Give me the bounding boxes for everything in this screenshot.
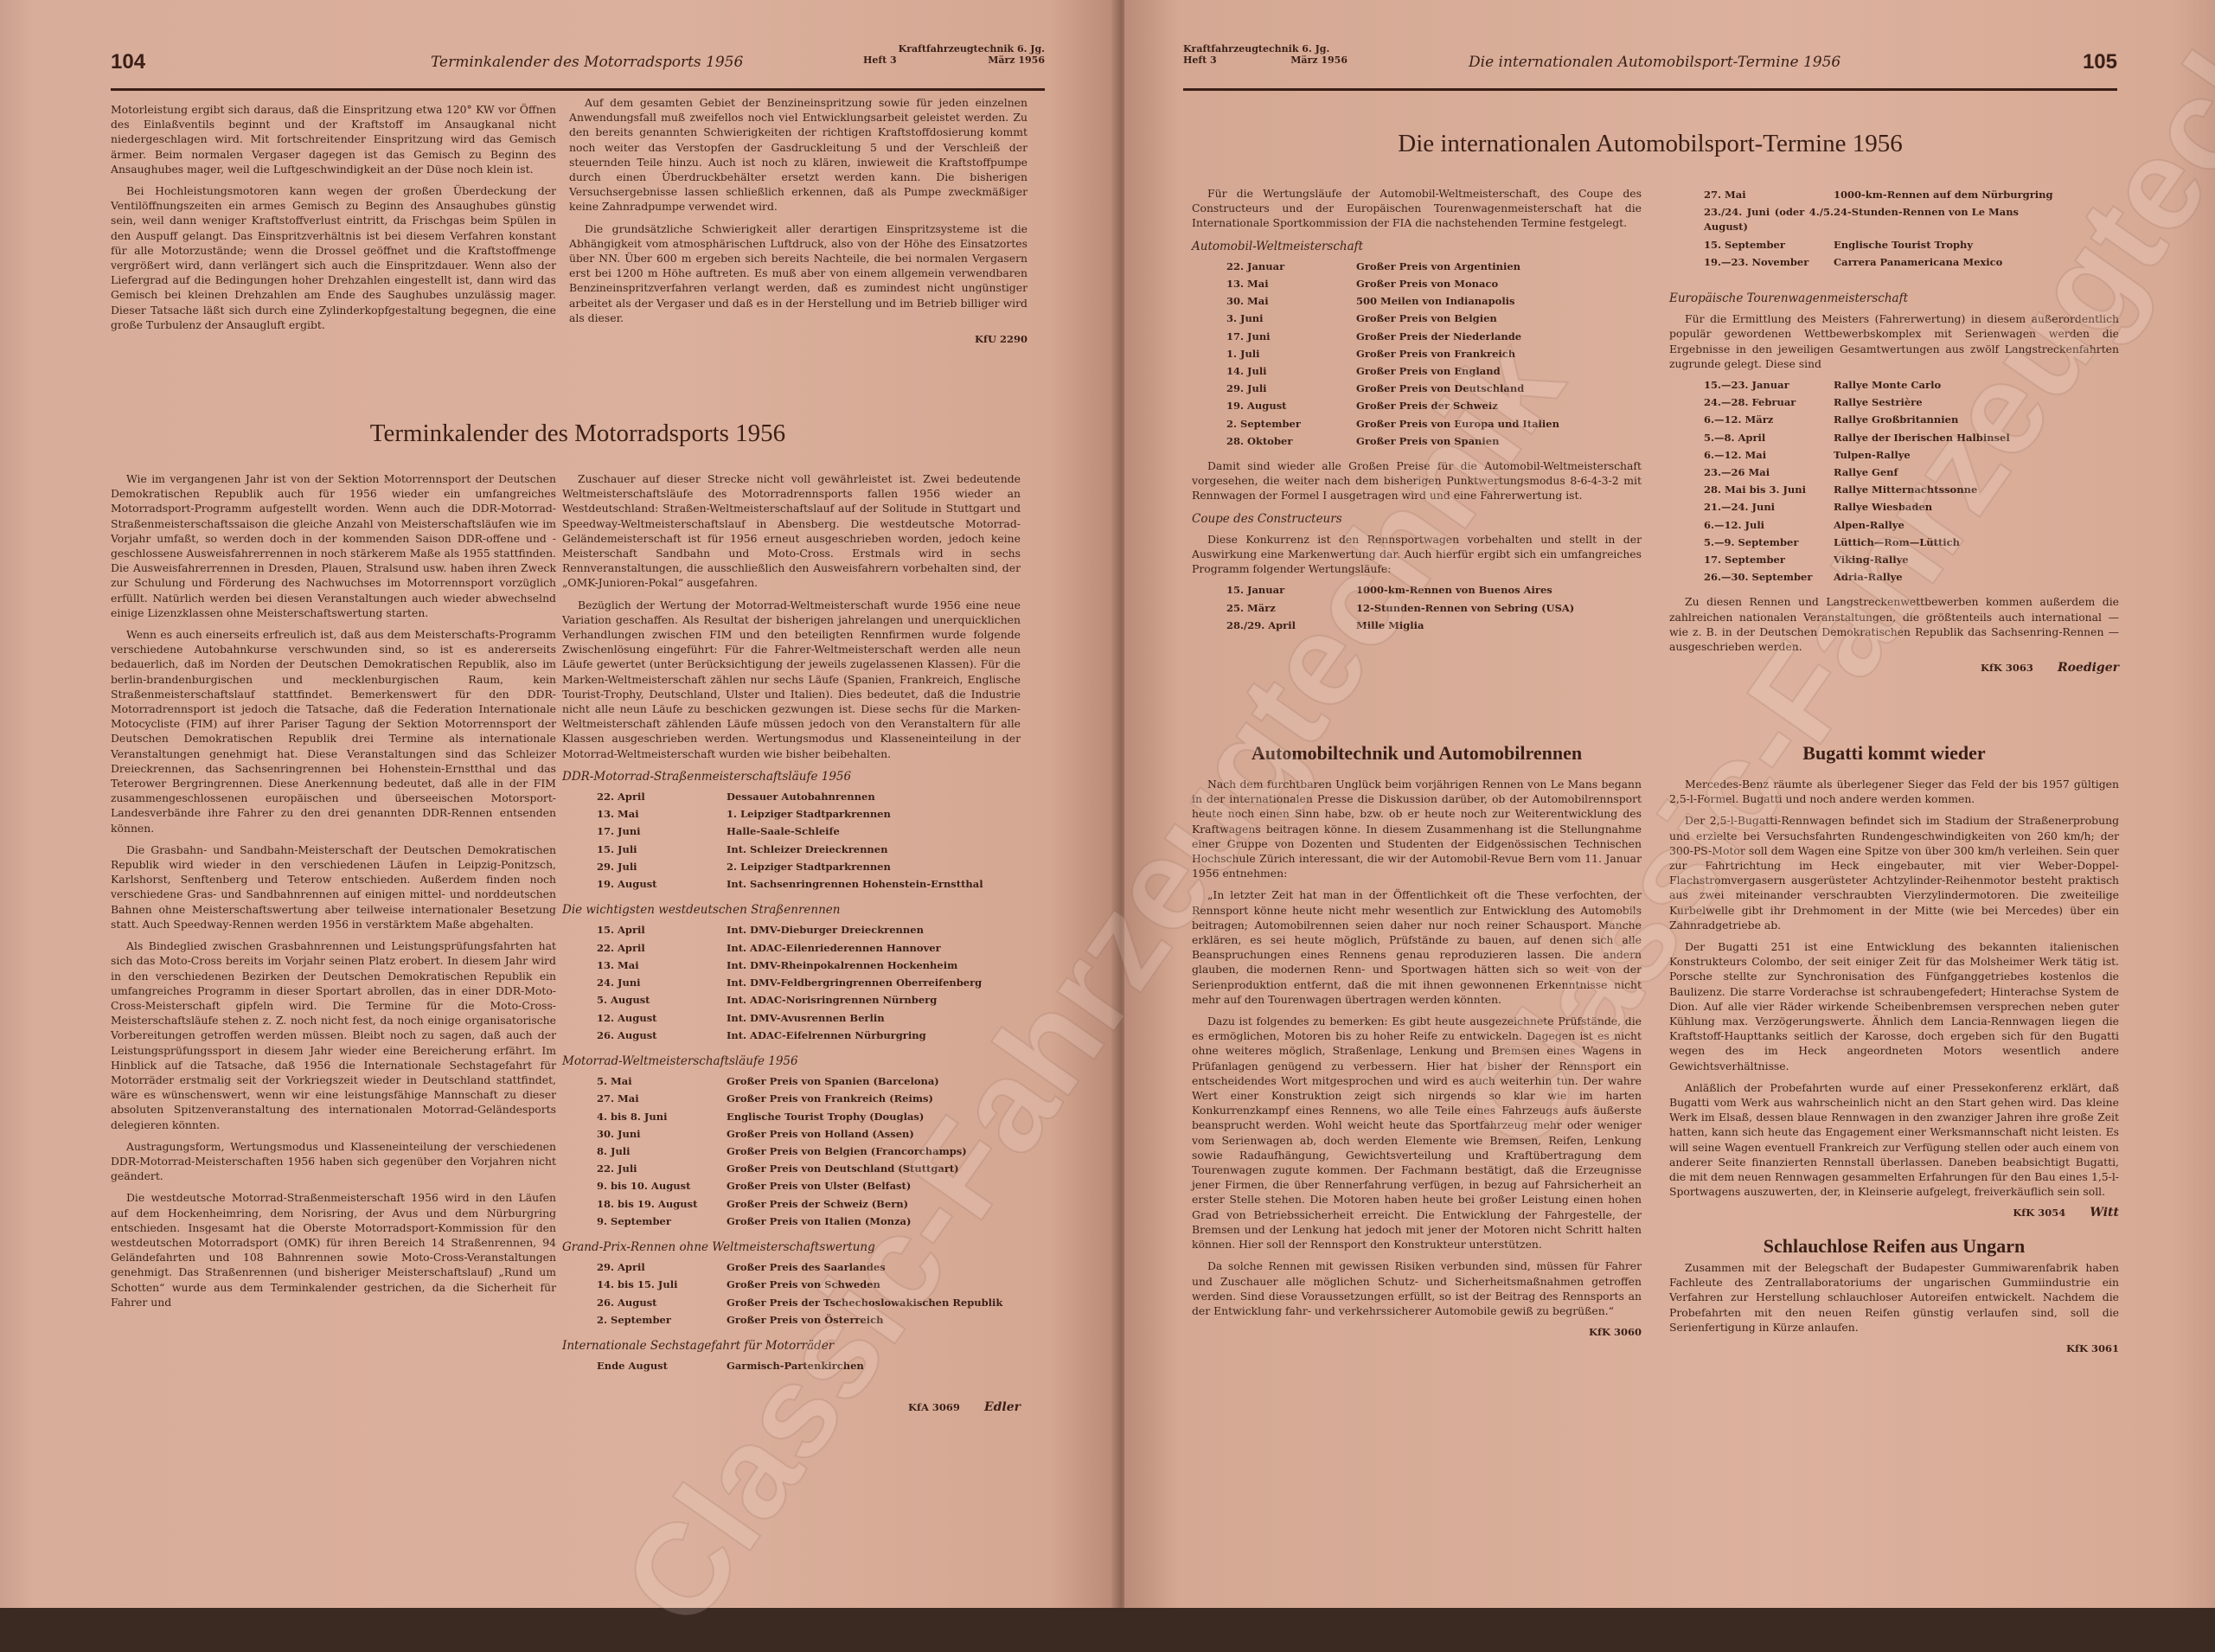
event-date: 15. Juli: [562, 842, 727, 860]
event-name: Int. DMV-Dieburger Dreieckrennen: [727, 923, 982, 940]
paragraph: Dazu ist folgendes zu bemerken: Es gibt …: [1192, 1014, 1642, 1252]
article-ref: KfU 2290: [569, 332, 1027, 347]
event-name: Großer Preis von Frankreich (Reims): [727, 1092, 967, 1109]
schedule-heading: Internationale Sechstagefahrt für Motorr…: [562, 1339, 1021, 1354]
journal-name: Kraftfahrzeugtechnik 6. Jg.: [1183, 43, 1348, 54]
issue-date: März 1956: [988, 54, 1045, 66]
article-title: Schlauchlose Reifen aus Ungarn: [1669, 1239, 2119, 1253]
event-name: Großer Preis von Italien (Monza): [727, 1214, 967, 1232]
schedule-row: 5.—8. AprilRallye der Iberischen Halbins…: [1669, 431, 2010, 448]
article-title: Die internationalen Automobilsport-Termi…: [1183, 130, 2117, 158]
event-date: 24.—28. Februar: [1669, 395, 1834, 413]
event-date: 30. Mai: [1192, 294, 1356, 311]
event-date: 18. bis 19. August: [562, 1197, 727, 1214]
event-name: Großer Preis von Deutschland: [1356, 381, 1559, 399]
event-date: 28. Oktober: [1192, 434, 1356, 451]
issue-date: März 1956: [1290, 54, 1348, 66]
event-date: 28./29. April: [1192, 618, 1356, 636]
event-date: 25. März: [1192, 601, 1356, 618]
event-date: 9. September: [562, 1214, 727, 1232]
article3-body: Mercedes-Benz räumte als überlegener Sie…: [1669, 777, 2119, 1356]
event-date: 15.—23. Januar: [1669, 378, 1834, 395]
event-name: 12-Stunden-Rennen von Sebring (USA): [1356, 601, 1574, 618]
paragraph: Nach dem furchtbaren Unglück beim vorjäh…: [1192, 777, 1642, 880]
schedule-row: 5.—9. SeptemberLüttich—Rom—Lüttich: [1669, 535, 2010, 553]
schedule-heading: Grand-Prix-Rennen ohne Weltmeisterschaft…: [562, 1240, 1021, 1255]
article-ref: KfK 3061: [1669, 1341, 2119, 1356]
paragraph: Anläßlich der Probefahrten wurde auf ein…: [1669, 1080, 2119, 1200]
event-date: 17. Juni: [1192, 330, 1356, 347]
auto-col1: Für die Wertungsläufe der Automobil-Welt…: [1192, 186, 1642, 643]
schedule-row: 13. Mai1. Leipziger Stadtparkrennen: [562, 807, 983, 824]
event-name: Großer Preis von Ulster (Belfast): [727, 1179, 967, 1196]
event-name: Dessauer Autobahnrennen: [727, 790, 983, 807]
event-date: 23./24. Juni (oder 4./5. August): [1669, 205, 1834, 237]
event-date: 13. Mai: [562, 807, 727, 824]
signature: KfK 3054Witt: [1669, 1206, 2119, 1220]
event-name: Halle-Saale-Schleife: [727, 824, 983, 842]
event-name: Rallye der Iberischen Halbinsel: [1834, 431, 2010, 448]
issue: Heft 3: [1183, 54, 1217, 66]
schedule-row: 17. SeptemberViking-Rallye: [1669, 553, 2010, 570]
article-ref: KfK 3054: [2013, 1207, 2065, 1219]
author: Edler: [984, 1400, 1021, 1414]
event-date: 1. Juli: [1192, 347, 1356, 364]
event-date: 15. April: [562, 923, 727, 940]
event-date: 19. August: [1192, 399, 1356, 416]
event-name: Englische Tourist Trophy: [1834, 238, 2053, 255]
event-date: 23.—26 Mai: [1669, 465, 1834, 483]
event-name: Rallye Monte Carlo: [1834, 378, 2010, 395]
event-name: Carrera Panamericana Mexico: [1834, 255, 2053, 272]
event-name: Rallye Wiesbaden: [1834, 500, 2010, 517]
event-date: Ende August: [562, 1359, 727, 1376]
schedule-row: 15. JuliInt. Schleizer Dreieckrennen: [562, 842, 983, 860]
event-date: 4. bis 8. Juni: [562, 1110, 727, 1127]
event-date: 8. Juli: [562, 1144, 727, 1162]
event-date: 22. Juli: [562, 1162, 727, 1179]
event-name: Großer Preis von Spanien: [1356, 434, 1559, 451]
schedule-row: 24.—28. FebruarRallye Sestrière: [1669, 395, 2010, 413]
event-name: Adria-Rallye: [1834, 570, 2010, 587]
touring-car-schedule: 15.—23. JanuarRallye Monte Carlo24.—28. …: [1669, 378, 2010, 587]
event-name: Großer Preis der Schweiz: [1356, 399, 1559, 416]
coupe-schedule-part2: 27. Mai1000-km-Rennen auf dem Nürburgrin…: [1669, 188, 2053, 272]
signature: KfK 3063Roediger: [1669, 661, 2119, 676]
schedule-row: 27. MaiGroßer Preis von Frankreich (Reim…: [562, 1092, 967, 1109]
schedule-heading: Die wichtigsten westdeutschen Straßenren…: [562, 903, 1021, 918]
section-heading: Europäische Tourenwagenmeisterschaft: [1669, 291, 2119, 306]
paragraph: Damit sind wieder alle Großen Preise für…: [1192, 458, 1642, 503]
schedule-row: 1. JuliGroßer Preis von Frankreich: [1192, 347, 1559, 364]
schedule-row: 29. Juli2. Leipziger Stadtparkrennen: [562, 860, 983, 877]
schedule-row: 17. JuniHalle-Saale-Schleife: [562, 824, 983, 842]
running-header-left: 104 Terminkalender des Motorradsports 19…: [111, 45, 1045, 91]
paragraph: Zuschauer auf dieser Strecke nicht voll …: [562, 471, 1021, 591]
publication-info: Kraftfahrzeugtechnik 6. Jg. Heft 3März 1…: [1183, 43, 1348, 66]
prev-article-col2: Auf dem gesamten Gebiet der Benzineinspr…: [569, 95, 1027, 347]
event-name: 1000-km-Rennen von Buenos Aires: [1356, 583, 1574, 600]
running-title: Die internationalen Automobilsport-Termi…: [1469, 54, 1840, 71]
schedule-row: 13. MaiGroßer Preis von Monaco: [1192, 277, 1559, 294]
running-header-right: Kraftfahrzeugtechnik 6. Jg. Heft 3März 1…: [1183, 45, 2117, 91]
event-date: 14. bis 15. Juli: [562, 1277, 727, 1295]
paragraph: Mercedes-Benz räumte als überlegener Sie…: [1669, 777, 2119, 806]
schedule-row: 9. SeptemberGroßer Preis von Italien (Mo…: [562, 1214, 967, 1232]
schedule-table: 15. AprilInt. DMV-Dieburger Dreieckrenne…: [562, 923, 982, 1045]
paragraph: Bezüglich der Wertung der Motorrad-Weltm…: [562, 598, 1021, 761]
article-ref: KfK 3063: [1981, 662, 2033, 674]
schedule-row: 23.—26 MaiRallye Genf: [1669, 465, 2010, 483]
paragraph: Wenn es auch einerseits erfreulich ist, …: [111, 627, 556, 836]
event-date: 27. Mai: [1669, 188, 1834, 205]
schedule-row: 15. Januar1000-km-Rennen von Buenos Aire…: [1192, 583, 1574, 600]
magazine-spread: 104 Terminkalender des Motorradsports 19…: [0, 0, 2215, 1608]
schedule-row: 21.—24. JuniRallye Wiesbaden: [1669, 500, 2010, 517]
event-date: 17. Juni: [562, 824, 727, 842]
author: Witt: [2090, 1206, 2119, 1220]
event-name: Int. DMV-Feldbergringrennen Oberreifenbe…: [727, 976, 982, 993]
schedule-row: 28. Mai bis 3. JuniRallye Mitternachtsso…: [1669, 483, 2010, 500]
paragraph: Die grundsätzliche Schwierigkeit aller d…: [569, 221, 1027, 325]
event-name: Lüttich—Rom—Lüttich: [1834, 535, 2010, 553]
schedule-row: 14. JuliGroßer Preis von England: [1192, 364, 1559, 381]
event-date: 5.—9. September: [1669, 535, 1834, 553]
event-date: 5. August: [562, 993, 727, 1010]
schedule-heading: DDR-Motorrad-Straßenmeisterschaftsläufe …: [562, 770, 1021, 784]
event-date: 24. Juni: [562, 976, 727, 993]
event-name: Int. ADAC-Eifelrennen Nürburgring: [727, 1028, 982, 1046]
paragraph: Die westdeutsche Motorrad-Straßenmeister…: [111, 1190, 556, 1309]
issue-line: Heft 3März 1956: [863, 54, 1045, 66]
schedule-row: 27. Mai1000-km-Rennen auf dem Nürburgrin…: [1669, 188, 2053, 205]
schedule-row: 4. bis 8. JuniEnglische Tourist Trophy (…: [562, 1110, 967, 1127]
article-title: Terminkalender des Motorradsports 1956: [111, 419, 1045, 448]
schedule-row: 30. Mai500 Meilen von Indianapolis: [1192, 294, 1559, 311]
schedule-table: 29. AprilGroßer Preis des Saarlandes14. …: [562, 1260, 1002, 1330]
paragraph: Motorleistung ergibt sich daraus, daß di…: [111, 102, 556, 176]
event-name: Int. DMV-Avusrennen Berlin: [727, 1011, 982, 1028]
article2-body: Nach dem furchtbaren Unglück beim vorjäh…: [1192, 777, 1642, 1340]
schedule-table: 22. AprilDessauer Autobahnrennen13. Mai1…: [562, 790, 983, 894]
paragraph: „In letzter Zeit hat man in der Öffentli…: [1192, 887, 1642, 1007]
event-date: 28. Mai bis 3. Juni: [1669, 483, 1834, 500]
event-name: Großer Preis von Frankreich: [1356, 347, 1559, 364]
schedule-table: 5. MaiGroßer Preis von Spanien (Barcelon…: [562, 1074, 967, 1232]
event-name: Int. ADAC-Eilenriederennen Hannover: [727, 941, 982, 958]
event-date: 27. Mai: [562, 1092, 727, 1109]
event-date: 30. Juni: [562, 1127, 727, 1144]
paragraph: Auf dem gesamten Gebiet der Benzineinspr…: [569, 95, 1027, 215]
section-heading: Coupe des Constructeurs: [1192, 512, 1642, 527]
event-date: 15. September: [1669, 238, 1834, 255]
schedule-row: 19. AugustGroßer Preis der Schweiz: [1192, 399, 1559, 416]
schedule-row: 5. MaiGroßer Preis von Spanien (Barcelon…: [562, 1074, 967, 1092]
page-number: 105: [2083, 50, 2117, 74]
journal-name: Kraftfahrzeugtechnik 6. Jg.: [863, 43, 1045, 54]
event-name: Int. Sachsenringrennen Hohenstein-Ernstt…: [727, 877, 983, 894]
event-date: 9. bis 10. August: [562, 1179, 727, 1196]
coupe-schedule-part1: 15. Januar1000-km-Rennen von Buenos Aire…: [1192, 583, 1574, 636]
event-date: 19.—23. November: [1669, 255, 1834, 272]
paragraph: Bei Hochleistungsmotoren kann wegen der …: [111, 183, 556, 332]
schedule-row: 22. JanuarGroßer Preis von Argentinien: [1192, 259, 1559, 277]
schedule-row: 23./24. Juni (oder 4./5. August)24-Stund…: [1669, 205, 2053, 237]
schedule-row: 19.—23. NovemberCarrera Panamericana Mex…: [1669, 255, 2053, 272]
event-name: Großer Preis der Niederlande: [1356, 330, 1559, 347]
event-date: 2. September: [562, 1313, 727, 1330]
schedule-row: 26. AugustGroßer Preis der Tschechoslowa…: [562, 1296, 1002, 1313]
event-date: 22. Januar: [1192, 259, 1356, 277]
event-name: Großer Preis von Holland (Assen): [727, 1127, 967, 1144]
publication-info: Kraftfahrzeugtechnik 6. Jg. Heft 3März 1…: [863, 43, 1045, 66]
schedule-row: 14. bis 15. JuliGroßer Preis von Schwede…: [562, 1277, 1002, 1295]
schedule-row: 28./29. AprilMille Miglia: [1192, 618, 1574, 636]
schedule-row: 28. OktoberGroßer Preis von Spanien: [1192, 434, 1559, 451]
event-date: 14. Juli: [1192, 364, 1356, 381]
event-name: Großer Preis von England: [1356, 364, 1559, 381]
schedule-row: 30. JuniGroßer Preis von Holland (Assen): [562, 1127, 967, 1144]
event-date: 26. August: [562, 1296, 727, 1313]
event-name: Großer Preis von Europa und Italien: [1356, 417, 1559, 434]
page-number: 104: [111, 50, 145, 74]
schedule-row: 2. SeptemberGroßer Preis von Europa und …: [1192, 417, 1559, 434]
article-title: Automobiltechnik und Automobilrennen: [1192, 742, 1642, 765]
paragraph: Der Bugatti 251 ist eine Entwicklung des…: [1669, 939, 2119, 1073]
paragraph: Austragungsform, Wertungsmodus und Klass…: [111, 1139, 556, 1184]
event-name: Großer Preis von Monaco: [1356, 277, 1559, 294]
schedule-row: 6.—12. MärzRallye Großbritannien: [1669, 413, 2010, 430]
event-name: Großer Preis von Argentinien: [1356, 259, 1559, 277]
schedule-table: Ende AugustGarmisch-Partenkirchen: [562, 1359, 864, 1376]
section-heading: Automobil-Weltmeisterschaft: [1192, 240, 1642, 254]
event-date: 17. September: [1669, 553, 1834, 570]
event-date: 13. Mai: [1192, 277, 1356, 294]
event-date: 12. August: [562, 1011, 727, 1028]
auto-col2: 27. Mai1000-km-Rennen auf dem Nürburgrin…: [1669, 186, 2119, 676]
event-date: 5.—8. April: [1669, 431, 1834, 448]
event-name: 24-Stunden-Rennen von Le Mans: [1834, 205, 2053, 237]
paragraph: Da solche Rennen mit gewissen Risiken ve…: [1192, 1258, 1642, 1318]
event-name: Großer Preis der Schweiz (Bern): [727, 1197, 967, 1214]
event-name: Großer Preis des Saarlandes: [727, 1260, 1002, 1277]
event-date: 13. Mai: [562, 958, 727, 976]
event-date: 29. April: [562, 1260, 727, 1277]
event-name: 2. Leipziger Stadtparkrennen: [727, 860, 983, 877]
schedule-row: 26. AugustInt. ADAC-Eifelrennen Nürburgr…: [562, 1028, 982, 1046]
schedule-row: 15.—23. JanuarRallye Monte Carlo: [1669, 378, 2010, 395]
schedule-row: 22. JuliGroßer Preis von Deutschland (St…: [562, 1162, 967, 1179]
schedule-row: 24. JuniInt. DMV-Feldbergringrennen Ober…: [562, 976, 982, 993]
schedule-row: 22. AprilInt. ADAC-Eilenriederennen Hann…: [562, 941, 982, 958]
schedule-row: 29. JuliGroßer Preis von Deutschland: [1192, 381, 1559, 399]
schedule-row: Ende AugustGarmisch-Partenkirchen: [562, 1359, 864, 1376]
event-name: Großer Preis von Spanien (Barcelona): [727, 1074, 967, 1092]
schedule-row: 15. SeptemberEnglische Tourist Trophy: [1669, 238, 2053, 255]
event-name: 500 Meilen von Indianapolis: [1356, 294, 1559, 311]
event-date: 29. Juli: [1192, 381, 1356, 399]
left-page: 104 Terminkalender des Motorradsports 19…: [0, 0, 1116, 1608]
article-ref: KfK 3060: [1192, 1325, 1642, 1340]
intro-paragraph: Für die Wertungsläufe der Automobil-Welt…: [1192, 186, 1642, 231]
event-name: Großer Preis von Deutschland (Stuttgart): [727, 1162, 967, 1179]
event-name: Mille Miglia: [1356, 618, 1574, 636]
event-name: Englische Tourist Trophy (Douglas): [727, 1110, 967, 1127]
schedule-row: 22. AprilDessauer Autobahnrennen: [562, 790, 983, 807]
article-col1: Wie im vergangenen Jahr ist von der Sekt…: [111, 471, 556, 1316]
event-name: Rallye Mitternachtssonne: [1834, 483, 2010, 500]
schedule-row: 18. bis 19. AugustGroßer Preis der Schwe…: [562, 1197, 967, 1214]
event-name: Großer Preis der Tschechoslowakischen Re…: [727, 1296, 1002, 1313]
schedule-row: 6.—12. MaiTulpen-Rallye: [1669, 448, 2010, 465]
article-col2: Zuschauer auf dieser Strecke nicht voll …: [562, 471, 1021, 1416]
event-date: 3. Juni: [1192, 311, 1356, 329]
schedule-row: 6.—12. JuliAlpen-Rallye: [1669, 518, 2010, 535]
paragraph: Zu diesen Rennen und Langstreckenwettbew…: [1669, 594, 2119, 654]
event-name: Rallye Großbritannien: [1834, 413, 2010, 430]
schedule-row: 9. bis 10. AugustGroßer Preis von Ulster…: [562, 1179, 967, 1196]
world-championship-schedule: 22. JanuarGroßer Preis von Argentinien13…: [1192, 259, 1559, 451]
motorcycle-schedules: DDR-Motorrad-Straßenmeisterschaftsläufe …: [562, 770, 1021, 1377]
article-ref: KfA 3069: [908, 1401, 960, 1413]
event-date: 15. Januar: [1192, 583, 1356, 600]
schedule-row: 29. AprilGroßer Preis des Saarlandes: [562, 1260, 1002, 1277]
running-title: Terminkalender des Motorradsports 1956: [431, 54, 743, 71]
schedule-row: 12. AugustInt. DMV-Avusrennen Berlin: [562, 1011, 982, 1028]
event-name: Tulpen-Rallye: [1834, 448, 2010, 465]
event-date: 6.—12. Juli: [1669, 518, 1834, 535]
schedule-row: 17. JuniGroßer Preis der Niederlande: [1192, 330, 1559, 347]
prev-article-col1: Motorleistung ergibt sich daraus, daß di…: [111, 102, 556, 339]
event-date: 26.—30. September: [1669, 570, 1834, 587]
event-date: 22. April: [562, 941, 727, 958]
event-name: Großer Preis von Belgien: [1356, 311, 1559, 329]
event-name: Int. ADAC-Norisringrennen Nürnberg: [727, 993, 982, 1010]
event-name: Alpen-Rallye: [1834, 518, 2010, 535]
issue-line: Heft 3März 1956: [1183, 54, 1348, 66]
signature: KfA 3069Edler: [562, 1400, 1021, 1415]
right-page: Kraftfahrzeugtechnik 6. Jg. Heft 3März 1…: [1124, 0, 2215, 1608]
schedule-row: 5. AugustInt. ADAC-Norisringrennen Nürnb…: [562, 993, 982, 1010]
event-name: Int. DMV-Rheinpokalrennen Hockenheim: [727, 958, 982, 976]
schedule-row: 13. MaiInt. DMV-Rheinpokalrennen Hockenh…: [562, 958, 982, 976]
event-date: 6.—12. Mai: [1669, 448, 1834, 465]
event-name: Großer Preis von Belgien (Francorchamps): [727, 1144, 967, 1162]
schedule-row: 2. SeptemberGroßer Preis von Österreich: [562, 1313, 1002, 1330]
event-date: 19. August: [562, 877, 727, 894]
event-date: 29. Juli: [562, 860, 727, 877]
event-name: 1. Leipziger Stadtparkrennen: [727, 807, 983, 824]
event-date: 21.—24. Juni: [1669, 500, 1834, 517]
event-date: 2. September: [1192, 417, 1356, 434]
event-name: Rallye Sestrière: [1834, 395, 2010, 413]
article-title: Bugatti kommt wieder: [1669, 742, 2119, 765]
paragraph: Zusammen mit der Belegschaft der Budapes…: [1669, 1260, 2119, 1335]
event-date: 22. April: [562, 790, 727, 807]
event-name: Garmisch-Partenkirchen: [727, 1359, 864, 1376]
schedule-row: 3. JuniGroßer Preis von Belgien: [1192, 311, 1559, 329]
event-date: 5. Mai: [562, 1074, 727, 1092]
event-name: Viking-Rallye: [1834, 553, 2010, 570]
event-name: Großer Preis von Österreich: [727, 1313, 1002, 1330]
event-date: 6.—12. März: [1669, 413, 1834, 430]
schedule-row: 8. JuliGroßer Preis von Belgien (Francor…: [562, 1144, 967, 1162]
paragraph: Als Bindeglied zwischen Grasbahnrennen u…: [111, 938, 556, 1132]
author: Roediger: [2058, 661, 2119, 675]
event-name: 1000-km-Rennen auf dem Nürburgring: [1834, 188, 2053, 205]
event-date: 26. August: [562, 1028, 727, 1046]
event-name: Int. Schleizer Dreieckrennen: [727, 842, 983, 860]
schedule-row: 25. März12-Stunden-Rennen von Sebring (U…: [1192, 601, 1574, 618]
paragraph: Der 2,5-l-Bugatti-Rennwagen befindet sic…: [1669, 813, 2119, 932]
schedule-row: 19. AugustInt. Sachsenringrennen Hohenst…: [562, 877, 983, 894]
paragraph: Die Grasbahn- und Sandbahn-Meisterschaft…: [111, 842, 556, 932]
paragraph: Wie im vergangenen Jahr ist von der Sekt…: [111, 471, 556, 620]
schedule-row: 15. AprilInt. DMV-Dieburger Dreieckrenne…: [562, 923, 982, 940]
paragraph: Diese Konkurrenz ist den Rennsportwagen …: [1192, 532, 1642, 577]
paragraph: Für die Ermittlung des Meisters (Fahrerw…: [1669, 311, 2119, 371]
event-name: Großer Preis von Schweden: [727, 1277, 1002, 1295]
issue: Heft 3: [863, 54, 897, 66]
schedule-row: 26.—30. SeptemberAdria-Rallye: [1669, 570, 2010, 587]
schedule-heading: Motorrad-Weltmeisterschaftsläufe 1956: [562, 1054, 1021, 1069]
event-name: Rallye Genf: [1834, 465, 2010, 483]
